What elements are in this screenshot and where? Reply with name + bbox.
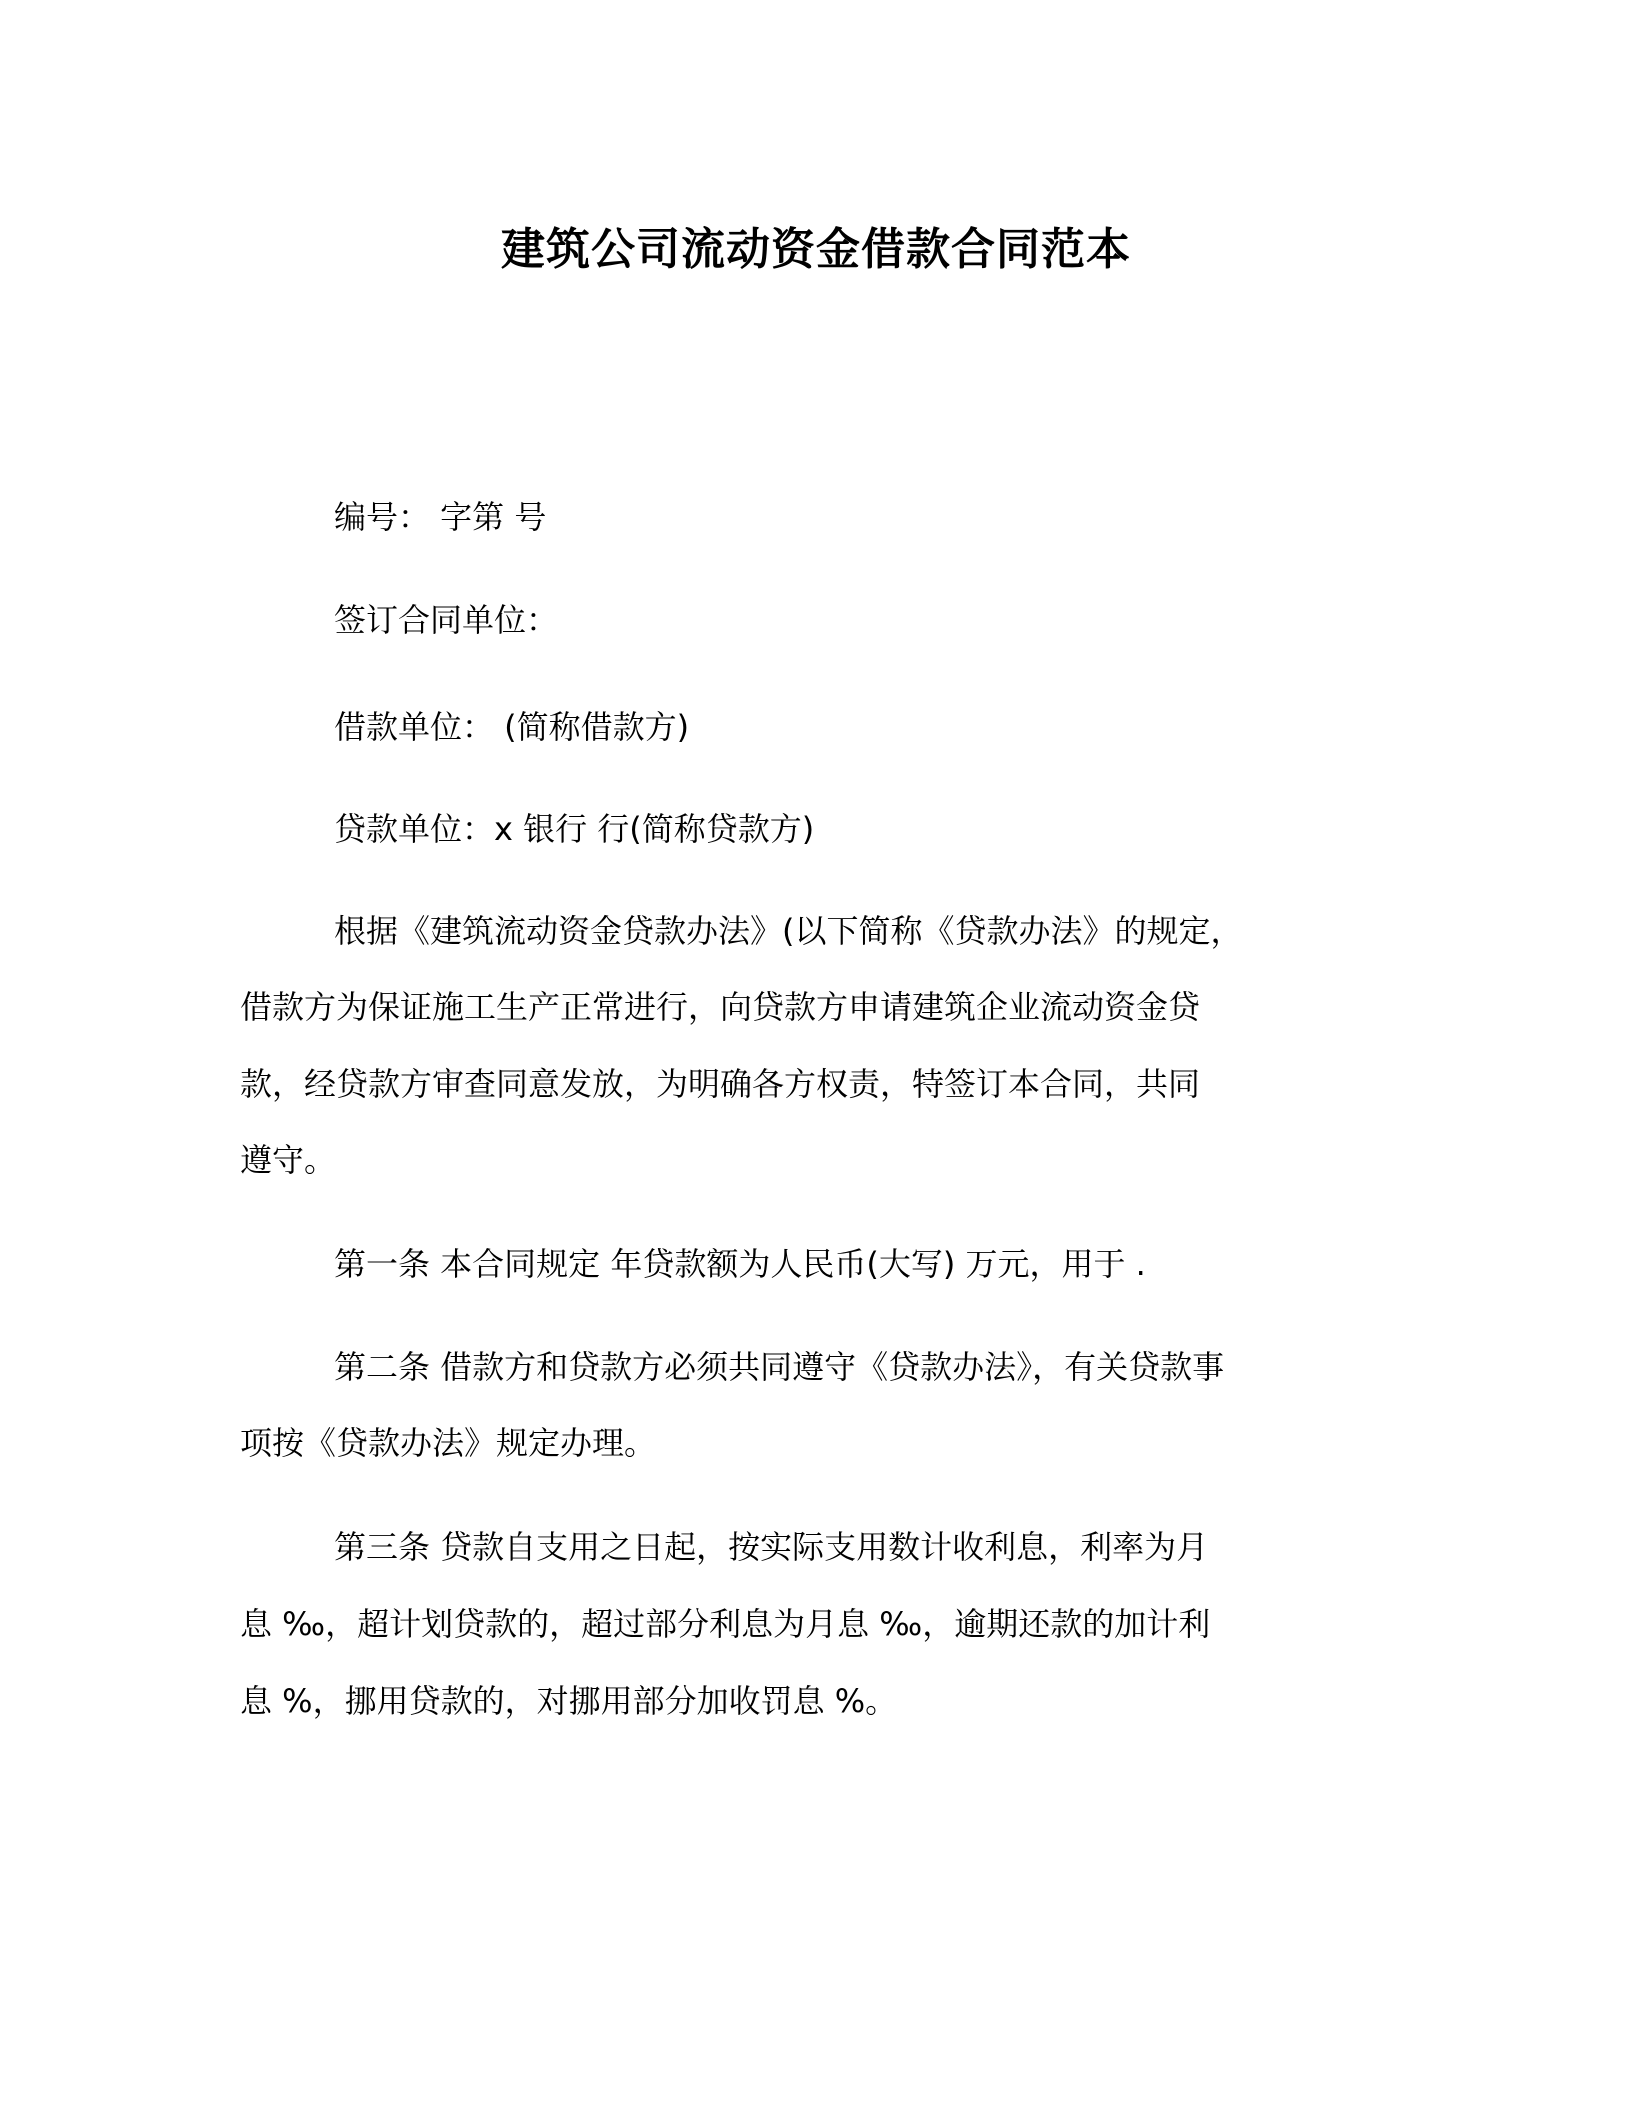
borrower-field: 借款单位： (简称借款方) xyxy=(334,707,689,747)
contract-number-field: 编号： 字第 号 xyxy=(334,497,546,537)
preamble-line: 借款方为保证施工生产正常进行，向贷款方申请建筑企业流动资金贷 xyxy=(240,987,1200,1027)
preamble-line: 遵守。 xyxy=(240,1140,336,1180)
article-3-line: 第三条 贷款自支用之日起，按实际支用数计收利息，利率为月 xyxy=(334,1527,1208,1567)
document-title: 建筑公司流动资金借款合同范本 xyxy=(0,222,1632,278)
article-2-line: 项按《贷款办法》规定办理。 xyxy=(240,1423,656,1463)
article-1-line: 第一条 本合同规定 年贷款额为人民币(大写) 万元，用于 . xyxy=(334,1244,1146,1284)
signing-parties-field: 签订合同单位： xyxy=(334,600,558,640)
article-3-line: 息 ‰，超计划贷款的，超过部分利息为月息 ‰，逾期还款的加计利 xyxy=(240,1604,1210,1644)
article-2-line: 第二条 借款方和贷款方必须共同遵守《贷款办法》，有关贷款事 xyxy=(334,1347,1224,1387)
lender-field: 贷款单位：x 银行 行(简称贷款方) xyxy=(334,809,814,849)
preamble-line: 款，经贷款方审查同意发放，为明确各方权责，特签订本合同，共同 xyxy=(240,1064,1200,1104)
preamble-line: 根据《建筑流动资金贷款办法》(以下简称《贷款办法》的规定， xyxy=(334,911,1243,951)
article-3-line: 息 %，挪用贷款的，对挪用部分加收罚息 %。 xyxy=(240,1681,897,1721)
